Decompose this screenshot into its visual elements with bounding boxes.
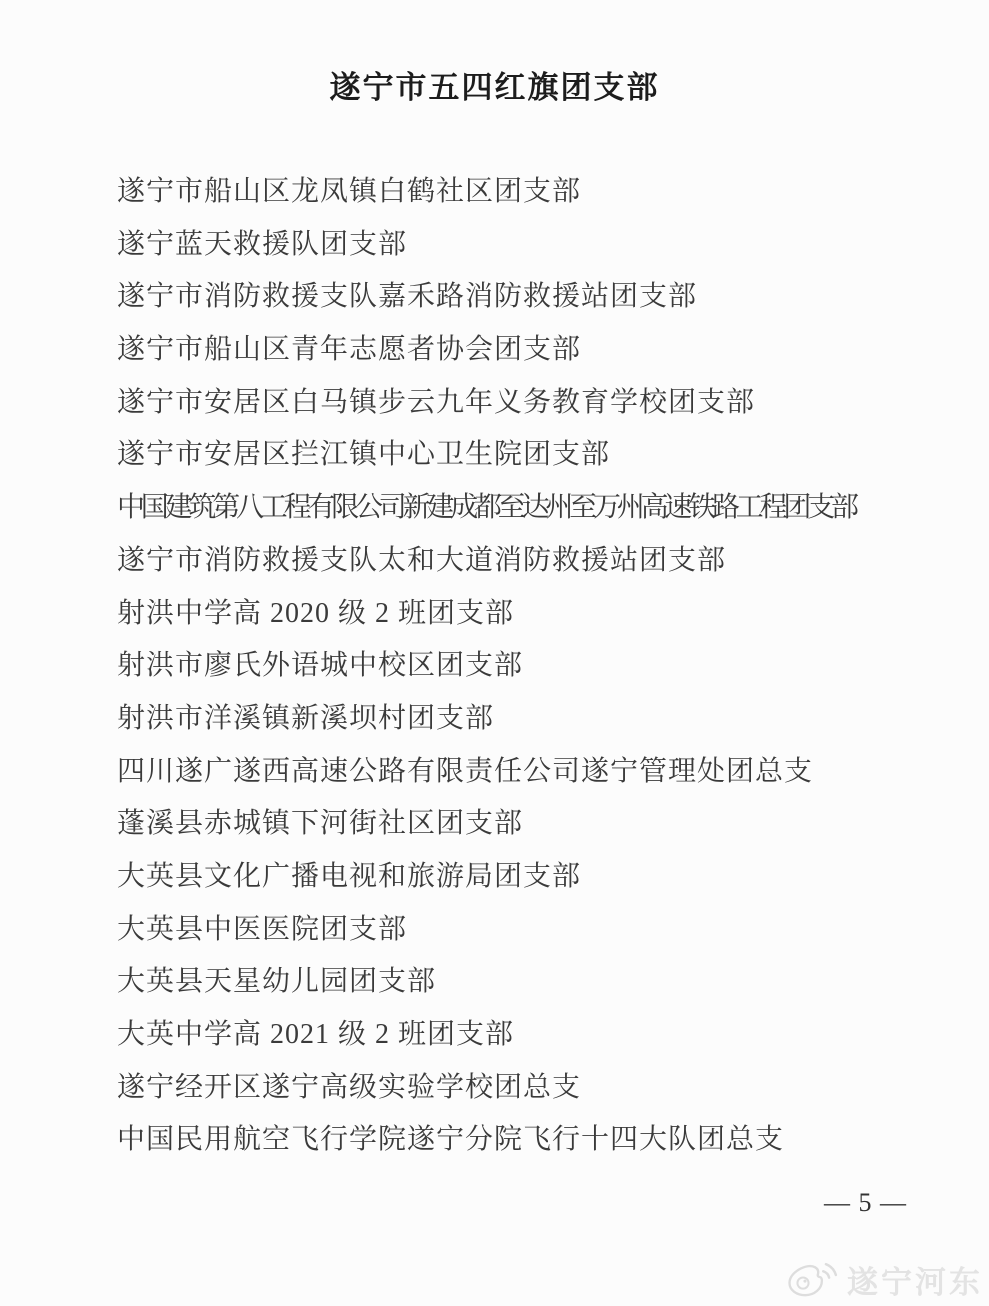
list-item: 遂宁市消防救援支队太和大道消防救援站团支部 <box>117 535 949 588</box>
list-item: 射洪中学高 2020 级 2 班团支部 <box>117 588 949 641</box>
list-item: 遂宁市船山区青年志愿者协会团支部 <box>117 324 949 377</box>
list-item: 遂宁市安居区白马镇步云九年义务教育学校团支部 <box>117 377 949 430</box>
watermark-text: 遂宁河东 <box>847 1257 983 1302</box>
page-number: — 5 — <box>824 1188 907 1218</box>
list-item: 射洪市廖氏外语城中校区团支部 <box>117 640 949 693</box>
list-item: 射洪市洋溪镇新溪坝村团支部 <box>117 693 949 746</box>
document-page: 遂宁市五四红旗团支部 遂宁市船山区龙凤镇白鹤社区团支部 遂宁蓝天救援队团支部 遂… <box>0 0 989 1306</box>
list-item: 中国建筑第八工程有限公司新建成都至达州至万州高速铁路工程团支部 <box>117 482 949 535</box>
list-item: 大英县文化广播电视和旅游局团支部 <box>117 851 949 904</box>
list-item: 大英中学高 2021 级 2 班团支部 <box>117 1009 949 1062</box>
page-title: 遂宁市五四红旗团支部 <box>0 0 989 107</box>
list-item: 大英县中医医院团支部 <box>117 904 949 957</box>
weibo-icon <box>785 1256 839 1302</box>
branch-list: 遂宁市船山区龙凤镇白鹤社区团支部 遂宁蓝天救援队团支部 遂宁市消防救援支队嘉禾路… <box>117 166 949 1167</box>
list-item: 中国民用航空飞行学院遂宁分院飞行十四大队团总支 <box>117 1114 949 1167</box>
list-item: 遂宁市安居区拦江镇中心卫生院团支部 <box>117 429 949 482</box>
list-item: 遂宁市消防救援支队嘉禾路消防救援站团支部 <box>117 271 949 324</box>
list-item: 遂宁蓝天救援队团支部 <box>117 219 949 272</box>
list-item: 四川遂广遂西高速公路有限责任公司遂宁管理处团总支 <box>117 746 949 799</box>
list-item: 大英县天星幼儿园团支部 <box>117 956 949 1009</box>
watermark: 遂宁河东 <box>785 1256 983 1302</box>
list-item: 遂宁经开区遂宁高级实验学校团总支 <box>117 1062 949 1115</box>
list-item: 蓬溪县赤城镇下河街社区团支部 <box>117 798 949 851</box>
list-item: 遂宁市船山区龙凤镇白鹤社区团支部 <box>117 166 949 219</box>
